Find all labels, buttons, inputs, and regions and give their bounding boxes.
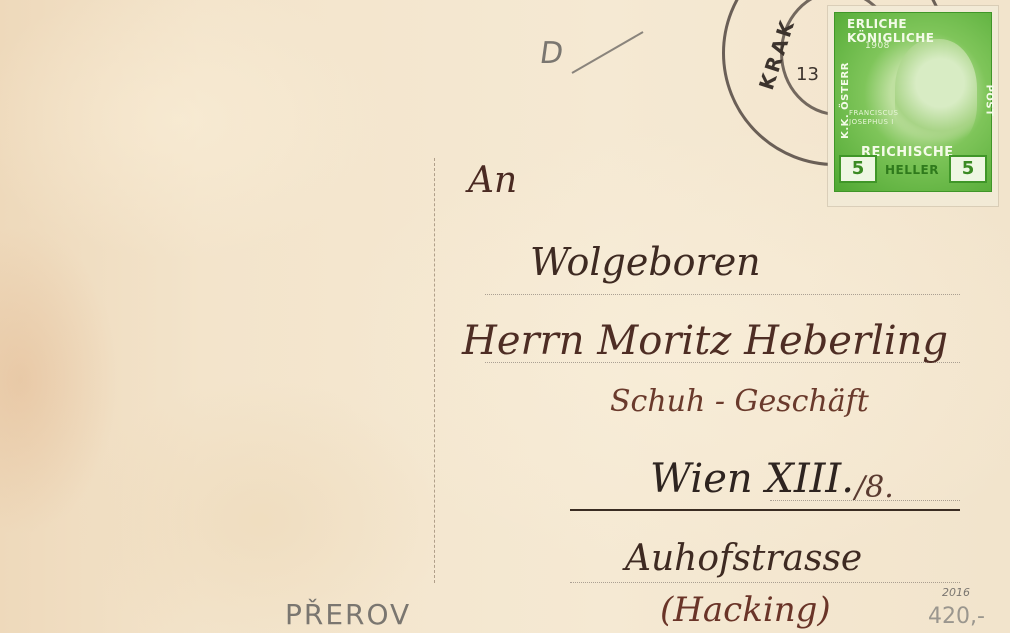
pencil-location: PŘEROV bbox=[285, 598, 411, 631]
address-district: (Hacking) bbox=[660, 590, 831, 630]
address-underline-city bbox=[570, 509, 960, 511]
address-salutation: Wolgeboren bbox=[530, 240, 761, 284]
address-street: Auhofstrasse bbox=[625, 538, 862, 579]
stamp-year: 1908 bbox=[865, 41, 890, 51]
address-city: Wien XIII. bbox=[650, 456, 854, 502]
stamp-portrait-caption: FRANCISCUS JOSEPHUS I bbox=[849, 109, 899, 127]
address-divider-line bbox=[434, 158, 435, 583]
address-city-suffix: /8. bbox=[855, 470, 894, 505]
postmark-date: 13 bbox=[796, 64, 819, 85]
address-rule-4 bbox=[570, 582, 960, 583]
stamp-design: ERLICHE KÖNIGLICHE 1908 K.K. ÖSTERR POST… bbox=[834, 12, 992, 192]
pencil-catalog-number: 2016 bbox=[942, 586, 970, 599]
address-rule-1 bbox=[485, 294, 960, 295]
pencil-slash bbox=[572, 31, 644, 74]
stamp-heller: HELLER bbox=[885, 163, 939, 177]
postage-stamp: ERLICHE KÖNIGLICHE 1908 K.K. ÖSTERR POST… bbox=[828, 6, 998, 206]
stamp-right-side: POST bbox=[983, 85, 994, 117]
address-business: Schuh - Geschäft bbox=[610, 384, 869, 419]
address-an: An bbox=[468, 160, 517, 201]
stamp-value-left: 5 bbox=[839, 155, 877, 183]
emperor-portrait bbox=[895, 39, 977, 149]
pencil-letter-d: D bbox=[538, 36, 566, 71]
pencil-price: 420,- bbox=[928, 604, 985, 629]
stamp-value-right: 5 bbox=[949, 155, 987, 183]
postcard-back: D KRAK 13 ERLICHE KÖNIGLICHE 1908 K.K. Ö… bbox=[0, 0, 1010, 633]
address-recipient-name: Herrn Moritz Heberling bbox=[462, 318, 948, 364]
stamp-left-side: K.K. ÖSTERR bbox=[840, 62, 851, 139]
